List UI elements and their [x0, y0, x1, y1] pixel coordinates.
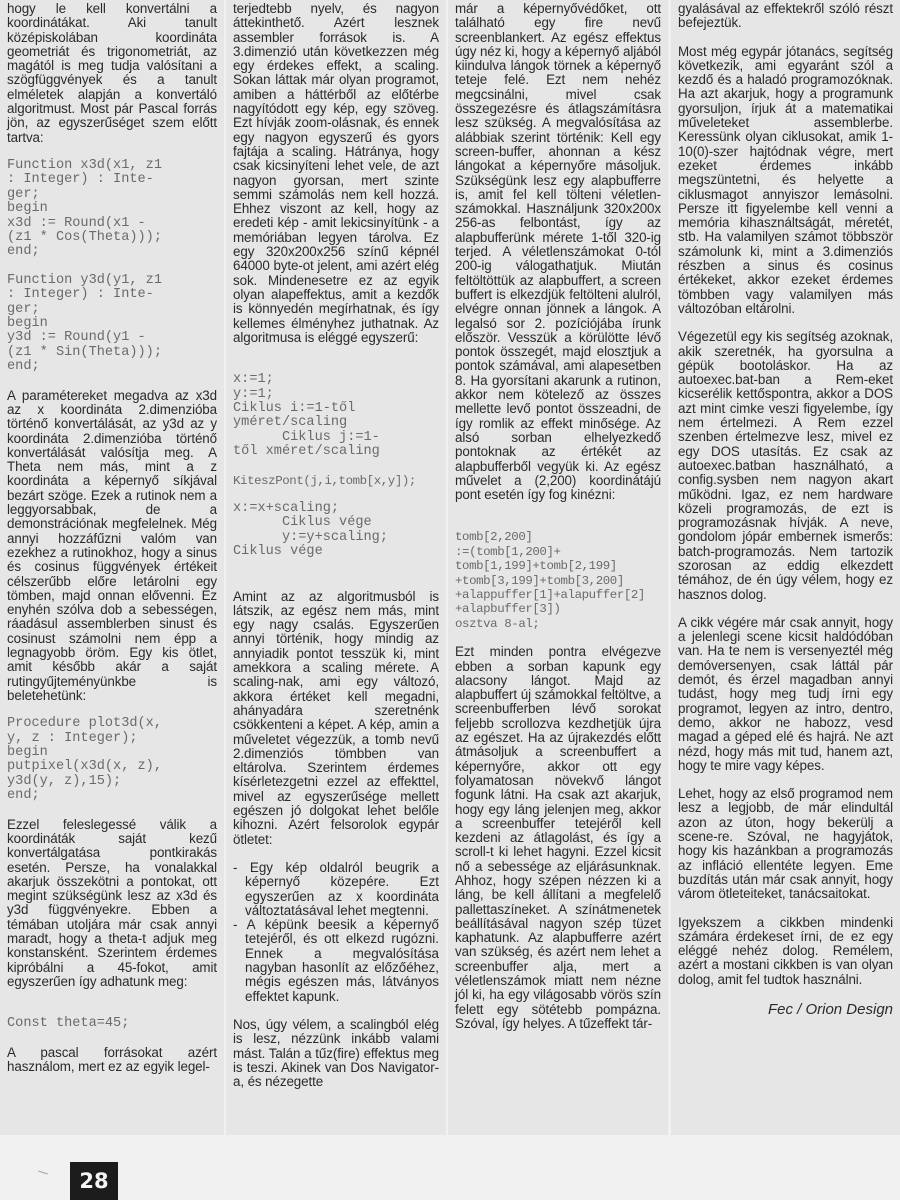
paragraph: Amint az az algoritmusból is látszik, az… — [233, 590, 439, 847]
paragraph: A cikk végére már csak annyit, hogy a je… — [678, 616, 893, 773]
paragraph: A paramétereket megadva az x3d az x koor… — [7, 389, 217, 704]
paragraph: Igyekszem a cikkben mindenki számára érd… — [678, 916, 893, 987]
code-block-const-theta: Const theta=45; — [7, 1017, 217, 1031]
idea-list: - Egy kép oldalról beugrik a képernyő kö… — [233, 861, 439, 1004]
paragraph: gyalásával az effektekről szóló részt be… — [678, 2, 893, 31]
column-4: gyalásával az effektekről szóló részt be… — [671, 0, 900, 1135]
code-block-scaling-loop: x:=1; y:=1; Ciklus i:=1-től yméret/scali… — [233, 373, 439, 459]
paragraph: Nos, úgy vélem, a scalingból elég is les… — [233, 1018, 439, 1089]
paragraph: Végezetül egy kis segítség azoknak, akik… — [678, 330, 893, 602]
paragraph: Most még egypár jótanács, segítség követ… — [678, 45, 893, 317]
list-item: - Egy kép oldalról beugrik a képernyő kö… — [233, 861, 439, 918]
paragraph: A pascal forrásokat azért használom, mer… — [7, 1046, 217, 1075]
paragraph: már a képernyővédőket, ott található egy… — [455, 2, 661, 502]
list-item: - A képünk beesik a képernyő tetejéről, … — [233, 918, 439, 1004]
page-number: 28 — [70, 1162, 118, 1200]
code-block-y3d: Function y3d(y1, z1 : Integer) : Inte- g… — [7, 274, 217, 375]
paragraph: Lehet, hogy az első programod nem lesz a… — [678, 787, 893, 901]
paragraph: Ezt minden pontra elvégezve ebben a sorb… — [455, 645, 661, 1031]
code-block-x3d: Function x3d(x1, z1 : Integer) : Inte- g… — [7, 159, 217, 260]
column-2: terjedtebb nyelv, és nagyon áttekinthető… — [226, 0, 446, 1135]
code-block-scaling-increment: x:=x+scaling; Ciklus vége y:=y+scaling; … — [233, 502, 439, 560]
paragraph: terjedtebb nyelv, és nagyon áttekinthető… — [233, 2, 439, 345]
decorative-mark — [38, 1170, 48, 1174]
code-block-plot3d: Procedure plot3d(x, y, z : Integer); beg… — [7, 717, 217, 803]
magazine-page: hogy le kell konvertálni a koordinátákat… — [0, 0, 900, 1200]
paragraph: hogy le kell konvertálni a koordinátákat… — [7, 2, 217, 145]
code-block-kiteszpont: KiteszPont(j,i,tomb[x,y]); — [233, 474, 439, 488]
column-1: hogy le kell konvertálni a koordinátákat… — [0, 0, 224, 1135]
paragraph: Ezzel feleslegessé válik a koordináták s… — [7, 818, 217, 990]
author-signature: Fec / Orion Design — [678, 1001, 893, 1018]
column-3: már a képernyővédőket, ott található egy… — [448, 0, 668, 1135]
code-block-fire-average: tomb[2,200] :=(tomb[1,200]+ tomb[1,199]+… — [455, 530, 661, 631]
